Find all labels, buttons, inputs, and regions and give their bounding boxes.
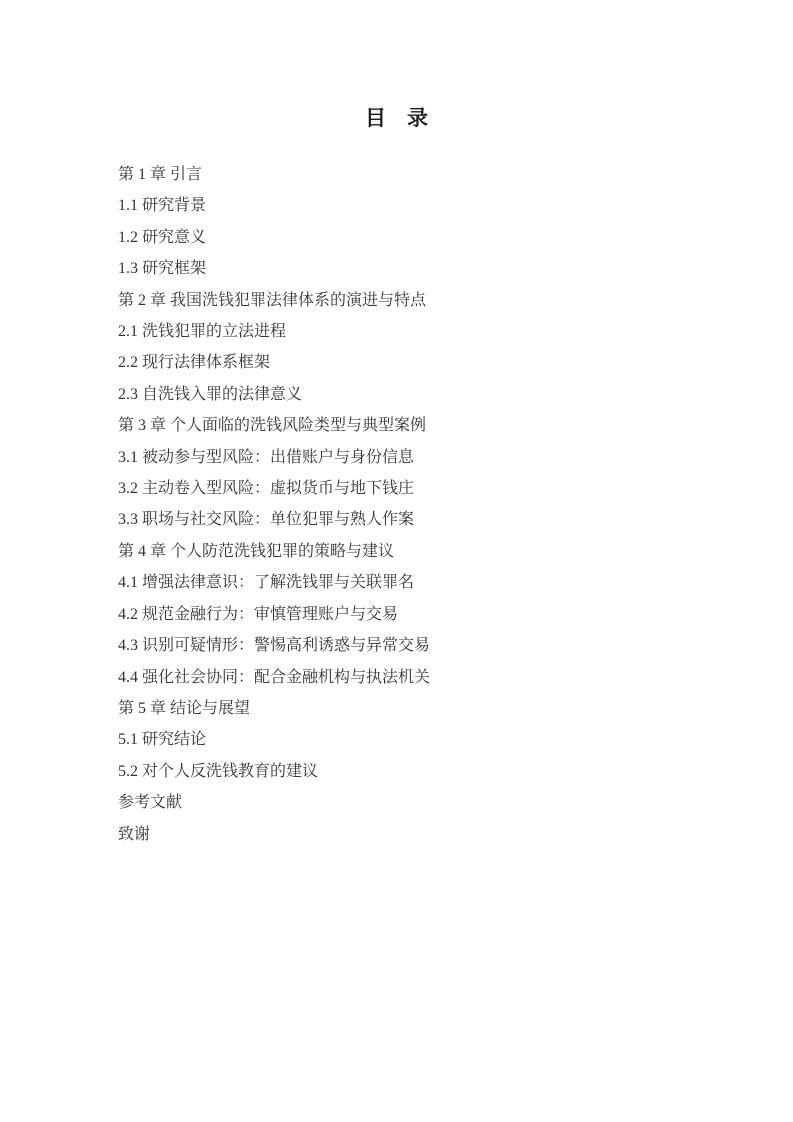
toc-title: 目 录 bbox=[0, 0, 793, 133]
toc-entry-list: 第 1 章 引言 1.1 研究背景 1.2 研究意义 1.3 研究框架 第 2 … bbox=[118, 159, 793, 850]
toc-entry-references: 参考文献 bbox=[118, 787, 793, 818]
toc-entry-4-3: 4.3 识别可疑情形：警惕高利诱惑与异常交易 bbox=[118, 630, 793, 661]
toc-entry-4-1: 4.1 增强法律意识：了解洗钱罪与关联罪名 bbox=[118, 567, 793, 598]
document-page: 目 录 第 1 章 引言 1.1 研究背景 1.2 研究意义 1.3 研究框架 … bbox=[0, 0, 793, 1122]
toc-entry-chapter-1: 第 1 章 引言 bbox=[118, 159, 793, 190]
toc-entry-chapter-3: 第 3 章 个人面临的洗钱风险类型与典型案例 bbox=[118, 410, 793, 441]
toc-entry-chapter-2: 第 2 章 我国洗钱犯罪法律体系的演进与特点 bbox=[118, 285, 793, 316]
toc-entry-1-2: 1.2 研究意义 bbox=[118, 222, 793, 253]
toc-entry-acknowledgements: 致谢 bbox=[118, 819, 793, 850]
toc-entry-chapter-4: 第 4 章 个人防范洗钱犯罪的策略与建议 bbox=[118, 536, 793, 567]
toc-entry-2-3: 2.3 自洗钱入罪的法律意义 bbox=[118, 379, 793, 410]
toc-entry-3-3: 3.3 职场与社交风险：单位犯罪与熟人作案 bbox=[118, 504, 793, 535]
toc-entry-chapter-5: 第 5 章 结论与展望 bbox=[118, 693, 793, 724]
toc-entry-1-1: 1.1 研究背景 bbox=[118, 190, 793, 221]
toc-entry-3-2: 3.2 主动卷入型风险：虚拟货币与地下钱庄 bbox=[118, 473, 793, 504]
toc-entry-1-3: 1.3 研究框架 bbox=[118, 253, 793, 284]
toc-entry-2-2: 2.2 现行法律体系框架 bbox=[118, 347, 793, 378]
toc-entry-3-1: 3.1 被动参与型风险：出借账户与身份信息 bbox=[118, 442, 793, 473]
toc-entry-4-2: 4.2 规范金融行为：审慎管理账户与交易 bbox=[118, 599, 793, 630]
toc-entry-5-1: 5.1 研究结论 bbox=[118, 724, 793, 755]
toc-entry-2-1: 2.1 洗钱犯罪的立法进程 bbox=[118, 316, 793, 347]
toc-entry-5-2: 5.2 对个人反洗钱教育的建议 bbox=[118, 756, 793, 787]
toc-entry-4-4: 4.4 强化社会协同：配合金融机构与执法机关 bbox=[118, 662, 793, 693]
